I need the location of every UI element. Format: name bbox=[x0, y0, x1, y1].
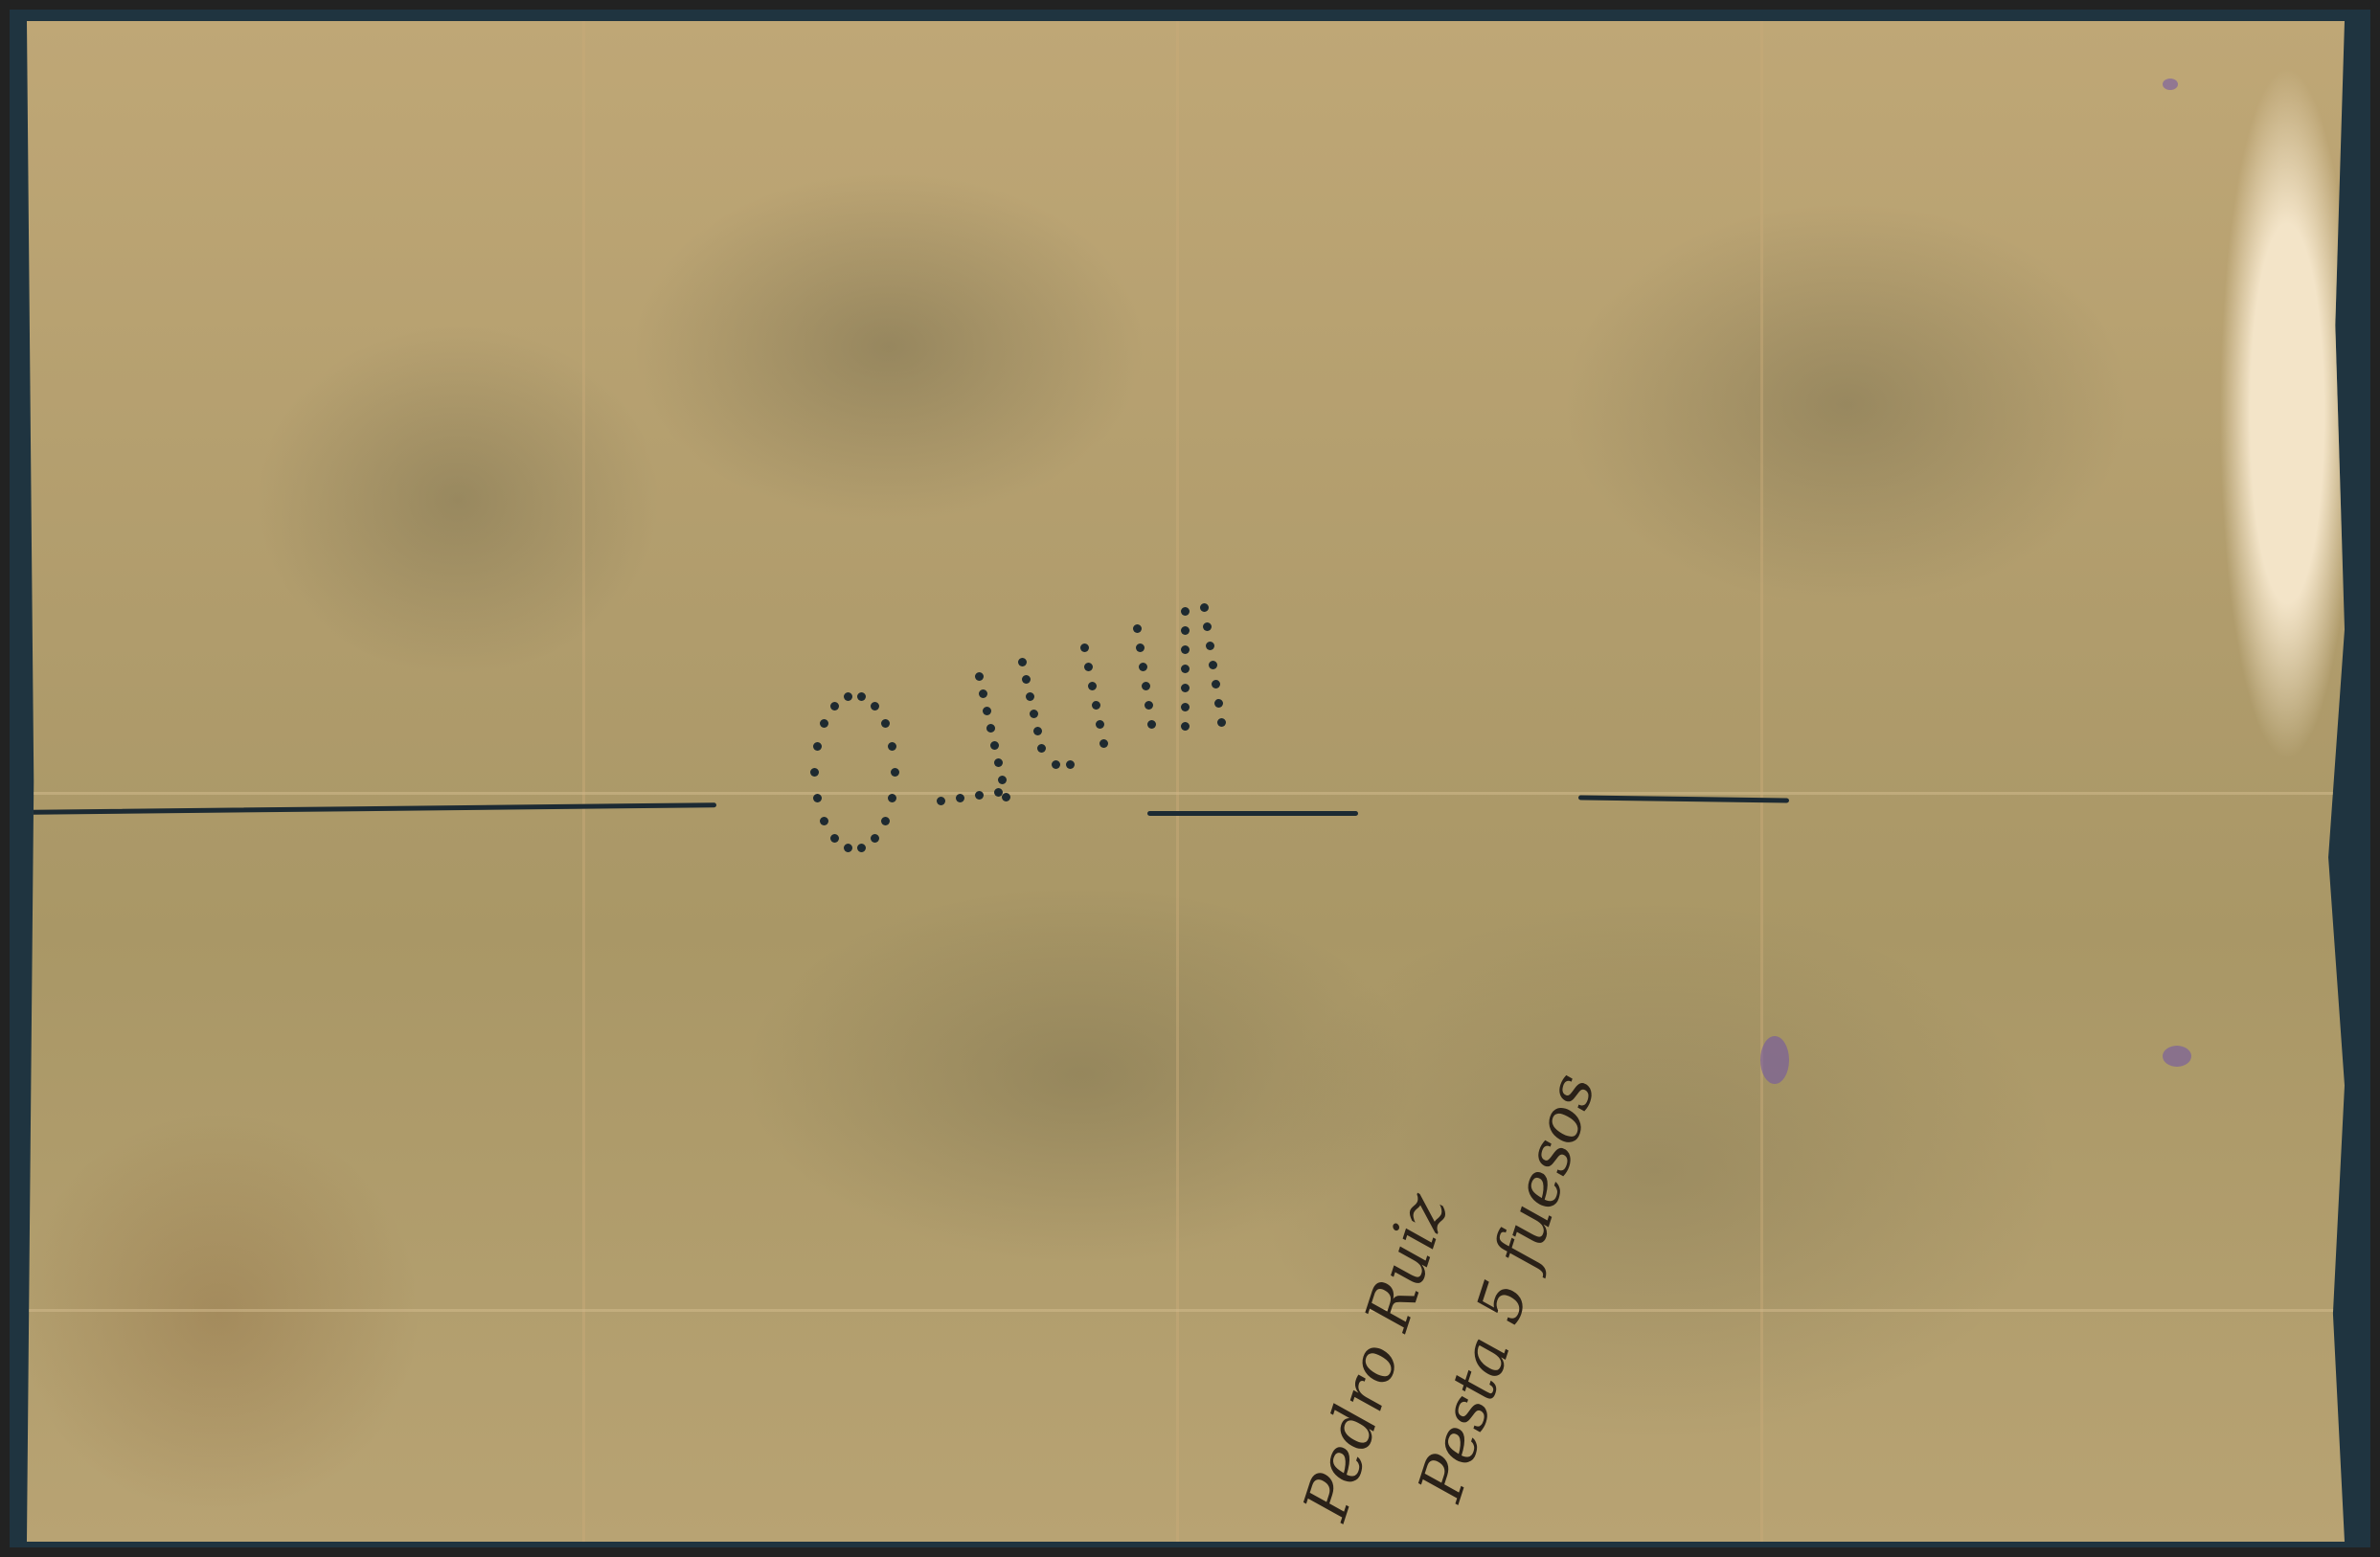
perforation-hole bbox=[844, 844, 852, 852]
perforation-hole bbox=[1217, 718, 1226, 727]
perforation-hole bbox=[1096, 720, 1104, 729]
ink-stain bbox=[2163, 1046, 2191, 1067]
perforation-hole bbox=[1181, 645, 1190, 654]
perforation-hole bbox=[1133, 624, 1142, 633]
perforation-hole bbox=[810, 768, 819, 777]
banknote-reverse: NULO Pedro Ruiz Pesta 5 fuesos bbox=[27, 21, 2345, 1542]
perforation-hole bbox=[871, 702, 879, 711]
perforation-hole bbox=[1145, 701, 1153, 710]
perforation-hole bbox=[979, 689, 987, 698]
perforation-hole bbox=[881, 817, 890, 825]
perforation-hole bbox=[1052, 760, 1060, 769]
perforation-hole bbox=[1022, 675, 1031, 684]
perforation-hole bbox=[937, 797, 945, 805]
perforation-hole bbox=[1181, 703, 1190, 711]
perforation-hole bbox=[857, 844, 866, 852]
perforation-hole bbox=[994, 788, 1003, 797]
perforation-hole bbox=[857, 692, 866, 701]
perforation-hole bbox=[1181, 665, 1190, 673]
perforation-hole bbox=[994, 758, 1003, 767]
perforation-hole bbox=[1206, 642, 1214, 650]
perforation-hole bbox=[1033, 727, 1042, 735]
perforation-hole bbox=[1084, 663, 1093, 671]
perforation-hole bbox=[813, 794, 822, 802]
perforation-hole bbox=[1209, 661, 1217, 669]
ink-stain bbox=[2163, 79, 2178, 90]
perforation-hole bbox=[830, 702, 839, 711]
perforation-hole bbox=[1181, 684, 1190, 692]
perforation-hole bbox=[1099, 739, 1108, 748]
perforation-hole bbox=[1200, 603, 1209, 612]
perforation-hole bbox=[990, 741, 999, 750]
fold-line bbox=[27, 1309, 2345, 1312]
fold-line bbox=[582, 21, 585, 1542]
perforation-hole bbox=[1142, 682, 1150, 690]
perforation-hole bbox=[1030, 710, 1038, 718]
perforation-hole bbox=[891, 768, 899, 777]
perforation-hole bbox=[983, 707, 991, 715]
perforation-hole bbox=[1212, 680, 1220, 688]
perforation-hole bbox=[1181, 607, 1190, 616]
perforation-hole bbox=[871, 834, 879, 843]
perforation-hole bbox=[1002, 793, 1010, 801]
perforation-hole bbox=[813, 742, 822, 751]
perforation-hole bbox=[1018, 658, 1027, 666]
perforation-hole bbox=[844, 692, 852, 701]
perforation-hole bbox=[975, 672, 984, 681]
ink-stain bbox=[1760, 1036, 1789, 1084]
perforation-hole bbox=[1136, 643, 1145, 652]
perforation-hole bbox=[830, 834, 839, 843]
perforation-hole bbox=[1037, 744, 1046, 753]
perforation-hole bbox=[888, 794, 896, 802]
worn-edge bbox=[2201, 50, 2354, 778]
perforation-hole bbox=[820, 817, 828, 825]
perforated-cancellation: NULO bbox=[774, 596, 1214, 854]
fold-line bbox=[1760, 21, 1763, 1542]
perforation-hole bbox=[1066, 760, 1075, 769]
perforation-hole bbox=[881, 719, 890, 728]
perforation-hole bbox=[1203, 622, 1212, 631]
perforation-hole bbox=[975, 791, 984, 800]
perforation-hole bbox=[1092, 701, 1100, 710]
perforation-hole bbox=[986, 724, 995, 733]
perforation-hole bbox=[1181, 626, 1190, 635]
perforation-hole bbox=[1147, 720, 1156, 729]
perforation-hole bbox=[1214, 699, 1223, 708]
perforation-hole bbox=[1139, 663, 1147, 671]
perforation-hole bbox=[1088, 682, 1097, 690]
perforation-hole bbox=[1026, 692, 1034, 701]
paper-tear bbox=[1578, 795, 1789, 802]
perforation-hole bbox=[1181, 722, 1190, 731]
perforation-hole bbox=[956, 794, 964, 802]
perforation-hole bbox=[1080, 643, 1089, 652]
perforation-hole bbox=[820, 719, 828, 728]
perforation-hole bbox=[888, 742, 896, 751]
paper-tear bbox=[27, 802, 716, 815]
perforation-hole bbox=[998, 776, 1007, 784]
